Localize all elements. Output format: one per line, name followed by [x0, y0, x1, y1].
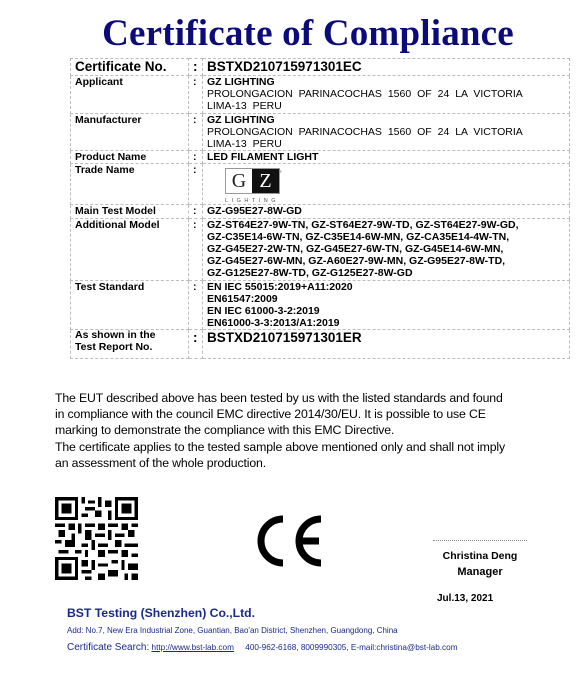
logo-subtitle: LIGHTING: [225, 195, 279, 207]
applicant-address-line1: PROLONGACION PARINACOCHAS 1560 OF 24 LA …: [207, 88, 569, 100]
colon: :: [189, 76, 203, 114]
statement-line: The EUT described above has been tested …: [55, 390, 545, 406]
additional-model-label: Additional Model: [71, 218, 189, 280]
manufacturer-name: GZ LIGHTING: [207, 114, 569, 126]
phone-numbers: 400-962-6168, 8009990305,: [245, 643, 348, 652]
statement-line: The certificate applies to the tested sa…: [55, 439, 545, 455]
compliance-statement: The EUT described above has been tested …: [55, 390, 545, 471]
test-standard-line: EN IEC 61000-3-2:2019: [207, 305, 569, 317]
certificate-no-value: BSTXD210715971301EC: [203, 59, 570, 76]
registered-mark: ®: [279, 166, 282, 178]
manufacturer-address-line1: PROLONGACION PARINACOCHAS 1560 OF 24 LA …: [207, 126, 569, 138]
additional-model-line: GZ-G125E27-8W-TD, GZ-G125E27-8W-GD: [207, 267, 569, 279]
colon: :: [189, 218, 203, 280]
product-name-label: Product Name: [71, 151, 189, 164]
statement-line: marking to demonstrate the compliance wi…: [55, 422, 545, 438]
row-main-test-model: Main Test Model : GZ-G95E27-8W-GD: [71, 205, 570, 218]
row-test-standard: Test Standard : EN IEC 55015:2019+A11:20…: [71, 280, 570, 330]
website-link[interactable]: http://www.bst-lab.com: [152, 643, 234, 652]
colon: :: [189, 113, 203, 151]
manufacturer-address-line2: LIMA-13 PERU: [207, 138, 569, 150]
row-product-name: Product Name : LED FILAMENT LIGHT: [71, 151, 570, 164]
company-name: BST Testing (Shenzhen) Co.,Ltd.: [67, 606, 255, 620]
certificate-details-table: Certificate No. : BSTXD210715971301EC Ap…: [70, 58, 570, 359]
manufacturer-label: Manufacturer: [71, 113, 189, 151]
logo-letter-g: G: [226, 169, 252, 193]
trade-name-logo: G Z ® LIGHTING: [207, 164, 569, 204]
test-report-label-line2: Test Report No.: [75, 342, 188, 354]
row-trade-name: Trade Name : G Z ® LIGHTING: [71, 164, 570, 205]
test-standard-line: EN IEC 55015:2019+A11:2020: [207, 281, 569, 293]
applicant-name: GZ LIGHTING: [207, 76, 569, 88]
row-additional-model: Additional Model : GZ-ST64E27-9W-TN, GZ-…: [71, 218, 570, 280]
test-standard-line: EN61547:2009: [207, 293, 569, 305]
issue-date: Jul.13, 2021: [437, 593, 493, 604]
qr-code-icon[interactable]: [55, 497, 138, 580]
colon: :: [189, 164, 203, 205]
applicant-label: Applicant: [71, 76, 189, 114]
additional-model-line: GZ-G45E27-2W-TN, GZ-G45E27-6W-TN, GZ-G45…: [207, 243, 569, 255]
document-title: Certificate of Compliance: [29, 12, 587, 55]
row-certificate-no: Certificate No. : BSTXD210715971301EC: [71, 59, 570, 76]
ce-mark-icon: [253, 515, 325, 567]
test-standard-line: EN61000-3-3:2013/A1:2019: [207, 317, 569, 329]
colon: :: [189, 59, 203, 76]
applicant-address-line2: LIMA-13 PERU: [207, 100, 569, 112]
certificate-no-label: Certificate No.: [71, 59, 189, 76]
certificate-search-line: Certificate Search: http://www.bst-lab.c…: [67, 642, 458, 653]
statement-line: an assessment of the whole production.: [55, 455, 545, 471]
logo-letter-z: Z: [252, 169, 279, 193]
signature-line: [433, 540, 527, 541]
row-applicant: Applicant : GZ LIGHTING PROLONGACION PAR…: [71, 76, 570, 114]
product-name-value: LED FILAMENT LIGHT: [203, 151, 570, 164]
trade-name-label: Trade Name: [71, 164, 189, 205]
colon: :: [189, 330, 203, 359]
additional-model-line: GZ-ST64E27-9W-TN, GZ-ST64E27-9W-TD, GZ-S…: [207, 219, 569, 231]
test-report-value: BSTXD210715971301ER: [203, 330, 570, 359]
colon: :: [189, 280, 203, 330]
test-standard-label: Test Standard: [71, 280, 189, 330]
company-address: Add: No.7, New Era Industrial Zone, Guan…: [67, 626, 398, 635]
row-manufacturer: Manufacturer : GZ LIGHTING PROLONGACION …: [71, 113, 570, 151]
main-test-model-label: Main Test Model: [71, 205, 189, 218]
additional-model-line: GZ-G45E27-6W-MN, GZ-A60E27-9W-MN, GZ-G95…: [207, 255, 569, 267]
row-test-report: As shown in the Test Report No. : BSTXD2…: [71, 330, 570, 359]
signatory-title: Manager: [420, 566, 540, 578]
colon: :: [189, 151, 203, 164]
gz-logo-icon: G Z: [225, 168, 280, 194]
email-label: E-mail:: [351, 643, 376, 652]
statement-line: in compliance with the council EMC direc…: [55, 406, 545, 422]
email-link[interactable]: christina@bst-lab.com: [376, 643, 457, 652]
signatory-name: Christina Deng: [420, 550, 540, 562]
additional-model-line: GZ-C35E14-6W-TN, GZ-C35E14-6W-MN, GZ-CA3…: [207, 231, 569, 243]
certificate-search-label: Certificate Search:: [67, 642, 149, 653]
colon: :: [189, 205, 203, 218]
